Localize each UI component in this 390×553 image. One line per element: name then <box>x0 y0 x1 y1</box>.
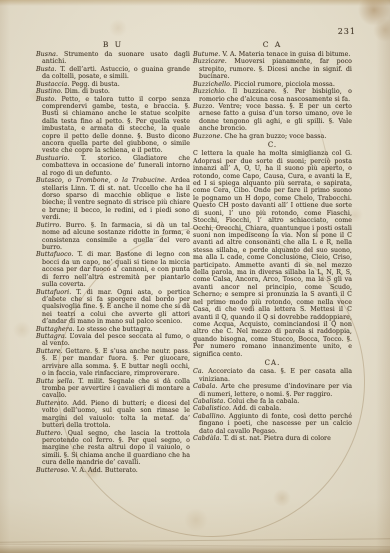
dictionary-entry: Bustuario. T. storico. Gladiatore che co… <box>36 155 190 177</box>
entry-headword: Busna. <box>36 51 58 58</box>
entry-headword: Bustuario. <box>36 155 69 162</box>
bottom-paper-crease <box>0 538 390 542</box>
entry-headword: Busta. <box>36 66 57 73</box>
entry-headword: Buttafuori. <box>36 289 71 296</box>
entry-definition: Dim. di busto. <box>65 88 110 95</box>
faint-inner-stain-arc <box>118 300 308 481</box>
entry-definition: Che ha gran buzzo; voce bassa. <box>224 133 326 140</box>
dictionary-entry: Busto. Petto, e talora tutto il corpo se… <box>36 96 190 155</box>
entry-definition: Pegg. di busta. <box>72 81 120 88</box>
entry-definition: T. dell’arti. Astuccio, o guaina grande … <box>42 66 190 80</box>
entry-headword: Buzzo. <box>193 103 214 110</box>
entry-definition: Picciol rumore, picciola mossa. <box>234 81 335 88</box>
dictionary-entry: Buzzichio. Il buzzicare. §. Per bisbigli… <box>193 88 352 103</box>
right-column-bu-entries: Butume. V. A. Materia tenace in guisa di… <box>193 51 352 140</box>
dictionary-entry: Bustino. Dim. di busto. <box>36 88 190 95</box>
entry-headword: Bustaccia. <box>36 81 70 88</box>
dictionary-entry: Buzzicare. Muoversi pianamente, far poco… <box>193 58 352 80</box>
entry-headword: Butirro. <box>36 222 61 229</box>
entry-definition: Ardea stellaris Linn. T. di st. nat. Ucc… <box>42 177 190 221</box>
entry-headword: Bustino. <box>36 88 63 95</box>
dictionary-entry: Buzzo. Ventre; voce bassa. §. E per un c… <box>193 103 352 133</box>
entry-headword: Butasco, o Trombone, o la Trabucine. <box>36 177 167 184</box>
letter-c-section-heading: C. <box>193 141 352 149</box>
dictionary-entry: Butasco, o Trombone, o la Trabucine. Ard… <box>36 177 190 222</box>
entry-headword: Buttero. <box>36 430 63 437</box>
entry-definition: Petto, e talora tutto il corpo senza com… <box>42 96 190 155</box>
dictionary-entry: Busna. Strumento da suonare usato dagli … <box>36 51 190 66</box>
dictionary-entry: Buzzone. Che ha gran buzzo; voce bassa. <box>193 133 352 140</box>
entry-headword: Buzzichio. <box>193 88 226 95</box>
entry-headword: Busto. <box>36 96 56 103</box>
bottom-edge-shadow <box>0 546 390 553</box>
dictionary-entry: Bustaccia. Pegg. di busta. <box>36 81 190 88</box>
entry-headword: Buttafuoco. <box>36 251 73 258</box>
left-column-header: B U <box>36 40 190 49</box>
entry-definition: V. A. Materia tenace in guisa di bitume. <box>222 51 350 58</box>
entry-definition: Strumento da suonare usato dagli antichi… <box>42 51 190 65</box>
entry-headword: Buzzicare. <box>193 58 227 65</box>
entry-headword: Buzzone. <box>193 133 222 140</box>
dictionary-entry: Buzzichello. Picciol rumore, picciola mo… <box>193 81 352 88</box>
right-column-header: C A <box>193 40 352 49</box>
entry-definition: Ventre; voce bassa. §. E per un certo ar… <box>199 103 352 132</box>
dictionary-entry: Butume. V. A. Materia tenace in guisa di… <box>193 51 352 58</box>
scanned-book-page: 231 B U C A Busna. Strumento da suonare … <box>0 0 390 553</box>
entry-headword: Buzzichello. <box>193 81 232 88</box>
page-number: 231 <box>322 27 356 36</box>
dictionary-entry: Busta. T. dell’arti. Astuccio, o guaina … <box>36 66 190 81</box>
entry-headword: Butteroso. <box>36 467 70 474</box>
entry-headword: Butume. <box>193 51 220 58</box>
